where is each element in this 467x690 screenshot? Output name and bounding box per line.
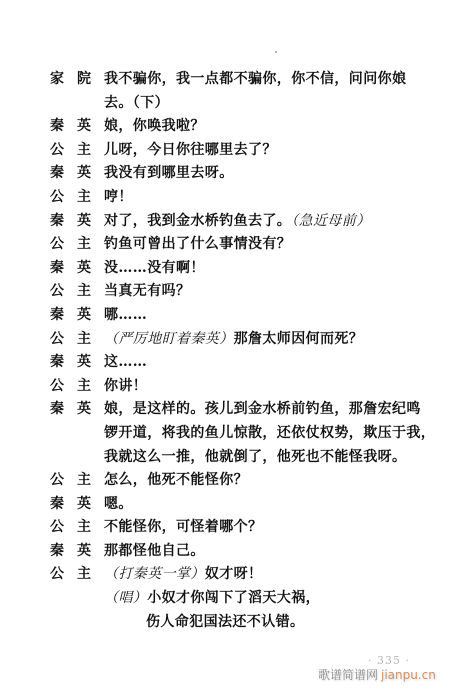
dialogue-line: 去。（下） — [50, 92, 420, 116]
dialogue-line: 公 主 （严厉地盯着秦英）那詹太师因何而死？ — [50, 328, 420, 352]
dialogue-continuation: 我就这么一推，他就倒了，他死也不能怪我呀。 — [104, 446, 406, 470]
stage-direction: （严厉地盯着秦英） — [104, 331, 234, 347]
dialogue-line: 秦 英 娘，是这样的。孩儿到金水桥前钓鱼，那詹宏纪鸣 — [50, 398, 420, 422]
speaker-char-2: 主 — [77, 516, 93, 540]
speaker-char-1: 公 — [50, 280, 66, 304]
watermark-chinese: 歌谱简谱网 — [318, 668, 378, 682]
speaker-char-2: 英 — [77, 351, 93, 375]
song-line: 伤人命犯国法还不认错。 — [50, 611, 420, 635]
speaker-char-1: 秦 — [50, 210, 66, 234]
dialogue-text: （打秦英一掌）奴才呀！ — [104, 563, 262, 587]
dialogue-line: 公 主 （打秦英一掌）奴才呀！ — [50, 563, 420, 587]
dialogue-text: 钓鱼可曾出了什么事情没有？ — [104, 233, 291, 257]
speaker-char-2: 主 — [77, 280, 93, 304]
speaker-char-1: 公 — [50, 563, 66, 587]
dialogue-text: 哼！ — [104, 186, 133, 210]
dialogue-text: 哪…… — [104, 304, 147, 328]
dialogue-line: 家 院 我不骗你，我一点都不骗你，你不信，问问你娘 — [50, 68, 420, 92]
song-words: 小奴才你闯下了滔天大祸， — [147, 590, 320, 606]
speaker-char-1: 秦 — [50, 398, 66, 422]
dialogue-line: 秦 英 对了，我到金水桥钓鱼去了。（急近母前） — [50, 210, 420, 234]
dialogue-text: 我不骗你，我一点都不骗你，你不信，问问你娘 — [104, 68, 406, 92]
dialogue-line: 公 主 钓鱼可曾出了什么事情没有？ — [50, 233, 420, 257]
speaker-char-1: 秦 — [50, 115, 66, 139]
dialogue-text: 我没有到哪里去呀。 — [104, 162, 234, 186]
dialogue-text: （严厉地盯着秦英）那詹太师因何而死？ — [104, 328, 363, 352]
speaker-char-1: 公 — [50, 375, 66, 399]
speaker-char-2: 主 — [77, 328, 93, 352]
dialogue-line: 公 主 当真无有吗？ — [50, 280, 420, 304]
dialogue-line: 秦 英 哪…… — [50, 304, 420, 328]
speaker-char-2: 英 — [77, 115, 93, 139]
dialogue-text: 不能怪你，可怪着哪个？ — [104, 516, 262, 540]
stage-direction: （急近母前） — [291, 213, 370, 229]
dialogue-line: 公 主 儿呀，今日你往哪里去了？ — [50, 139, 420, 163]
dialogue-text: 儿呀，今日你往哪里去了？ — [104, 139, 277, 163]
song-line: （唱）小奴才你闯下了滔天大祸， — [50, 587, 420, 611]
dialogue-text: 这…… — [104, 351, 147, 375]
dialogue-continuation: 去。（下） — [104, 92, 169, 116]
speaker-char-1: 公 — [50, 516, 66, 540]
dialogue-text: 当真无有吗？ — [104, 280, 190, 304]
dialogue-line: 秦 英 那都怪他自己。 — [50, 540, 420, 564]
speaker-char-2: 主 — [77, 186, 93, 210]
speaker-char-2: 主 — [77, 469, 93, 493]
script-page: 家 院 我不骗你，我一点都不骗你，你不信，问问你娘 去。（下） 秦 英 娘，你唤… — [0, 0, 467, 690]
dialogue-line: 公 主 不能怪你，可怪着哪个？ — [50, 516, 420, 540]
speaker-char-1: 公 — [50, 328, 66, 352]
speaker-char-2: 英 — [77, 162, 93, 186]
speaker-char-1: 秦 — [50, 304, 66, 328]
site-watermark: 歌谱简谱网jianpu.cn — [318, 666, 436, 683]
dialogue-text: 娘，你唤我啦？ — [104, 115, 205, 139]
dialogue-text: 你讲！ — [104, 375, 147, 399]
dialogue-text: 嗯。 — [104, 493, 133, 517]
speaker-char-1: 公 — [50, 139, 66, 163]
speaker-char-1: 秦 — [50, 257, 66, 281]
stage-direction-sing: （唱） — [104, 590, 147, 606]
dialogue-text: 那都怪他自己。 — [104, 540, 205, 564]
speaker-char-1: 秦 — [50, 351, 66, 375]
speaker-char-2: 英 — [77, 210, 93, 234]
dialogue-line: 公 主 哼！ — [50, 186, 420, 210]
dialogue-line: 秦 英 嗯。 — [50, 493, 420, 517]
dialogue-words: 那詹太师因何而死？ — [234, 331, 364, 347]
scan-speck — [275, 51, 277, 53]
speaker-char-1: 公 — [50, 186, 66, 210]
dialogue-line: 我就这么一推，他就倒了，他死也不能怪我呀。 — [50, 446, 420, 470]
dialogue-line: 秦 英 这…… — [50, 351, 420, 375]
speaker-char-2: 英 — [77, 257, 93, 281]
speaker-char-2: 英 — [77, 540, 93, 564]
dialogue-line: 秦 英 没……没有啊！ — [50, 257, 420, 281]
dialogue-text: 娘，是这样的。孩儿到金水桥前钓鱼，那詹宏纪鸣 — [104, 398, 421, 422]
dialogue-line: 秦 英 我没有到哪里去呀。 — [50, 162, 420, 186]
watermark-latin: jianpu.cn — [381, 668, 436, 682]
dialogue-continuation: 锣开道，将我的鱼儿惊散，还依仗权势，欺压于我， — [104, 422, 435, 446]
stage-direction: （打秦英一掌） — [104, 566, 205, 582]
dialogue-line: 公 主 你讲！ — [50, 375, 420, 399]
dialogue-text: 对了，我到金水桥钓鱼去了。（急近母前） — [104, 210, 371, 234]
speaker-char-1: 公 — [50, 233, 66, 257]
speaker-char-2: 英 — [77, 493, 93, 517]
speaker-char-2: 主 — [77, 233, 93, 257]
speaker-char-1: 秦 — [50, 162, 66, 186]
dialogue-text: 怎么，他死不能怪你？ — [104, 469, 248, 493]
speaker-char-2: 院 — [77, 68, 93, 92]
speaker-char-2: 主 — [77, 139, 93, 163]
speaker-char-2: 英 — [77, 398, 93, 422]
speaker-char-1: 秦 — [50, 493, 66, 517]
speaker-char-2: 主 — [77, 563, 93, 587]
speaker-char-1: 公 — [50, 469, 66, 493]
dialogue-words: 对了，我到金水桥钓鱼去了。 — [104, 213, 291, 229]
song-text: 伤人命犯国法还不认错。 — [146, 611, 304, 635]
dialogue-words: 奴才呀！ — [205, 566, 263, 582]
dialogue-line: 锣开道，将我的鱼儿惊散，还依仗权势，欺压于我， — [50, 422, 420, 446]
dialogue-line: 公 主 怎么，他死不能怪你？ — [50, 469, 420, 493]
song-text: （唱）小奴才你闯下了滔天大祸， — [104, 587, 320, 611]
speaker-char-2: 主 — [77, 375, 93, 399]
speaker-char-2: 英 — [77, 304, 93, 328]
dialogue-script: 家 院 我不骗你，我一点都不骗你，你不信，问问你娘 去。（下） 秦 英 娘，你唤… — [50, 68, 420, 634]
speaker-char-1: 秦 — [50, 540, 66, 564]
dialogue-line: 秦 英 娘，你唤我啦？ — [50, 115, 420, 139]
dialogue-text: 没……没有啊！ — [104, 257, 205, 281]
speaker-char-1: 家 — [50, 68, 66, 92]
